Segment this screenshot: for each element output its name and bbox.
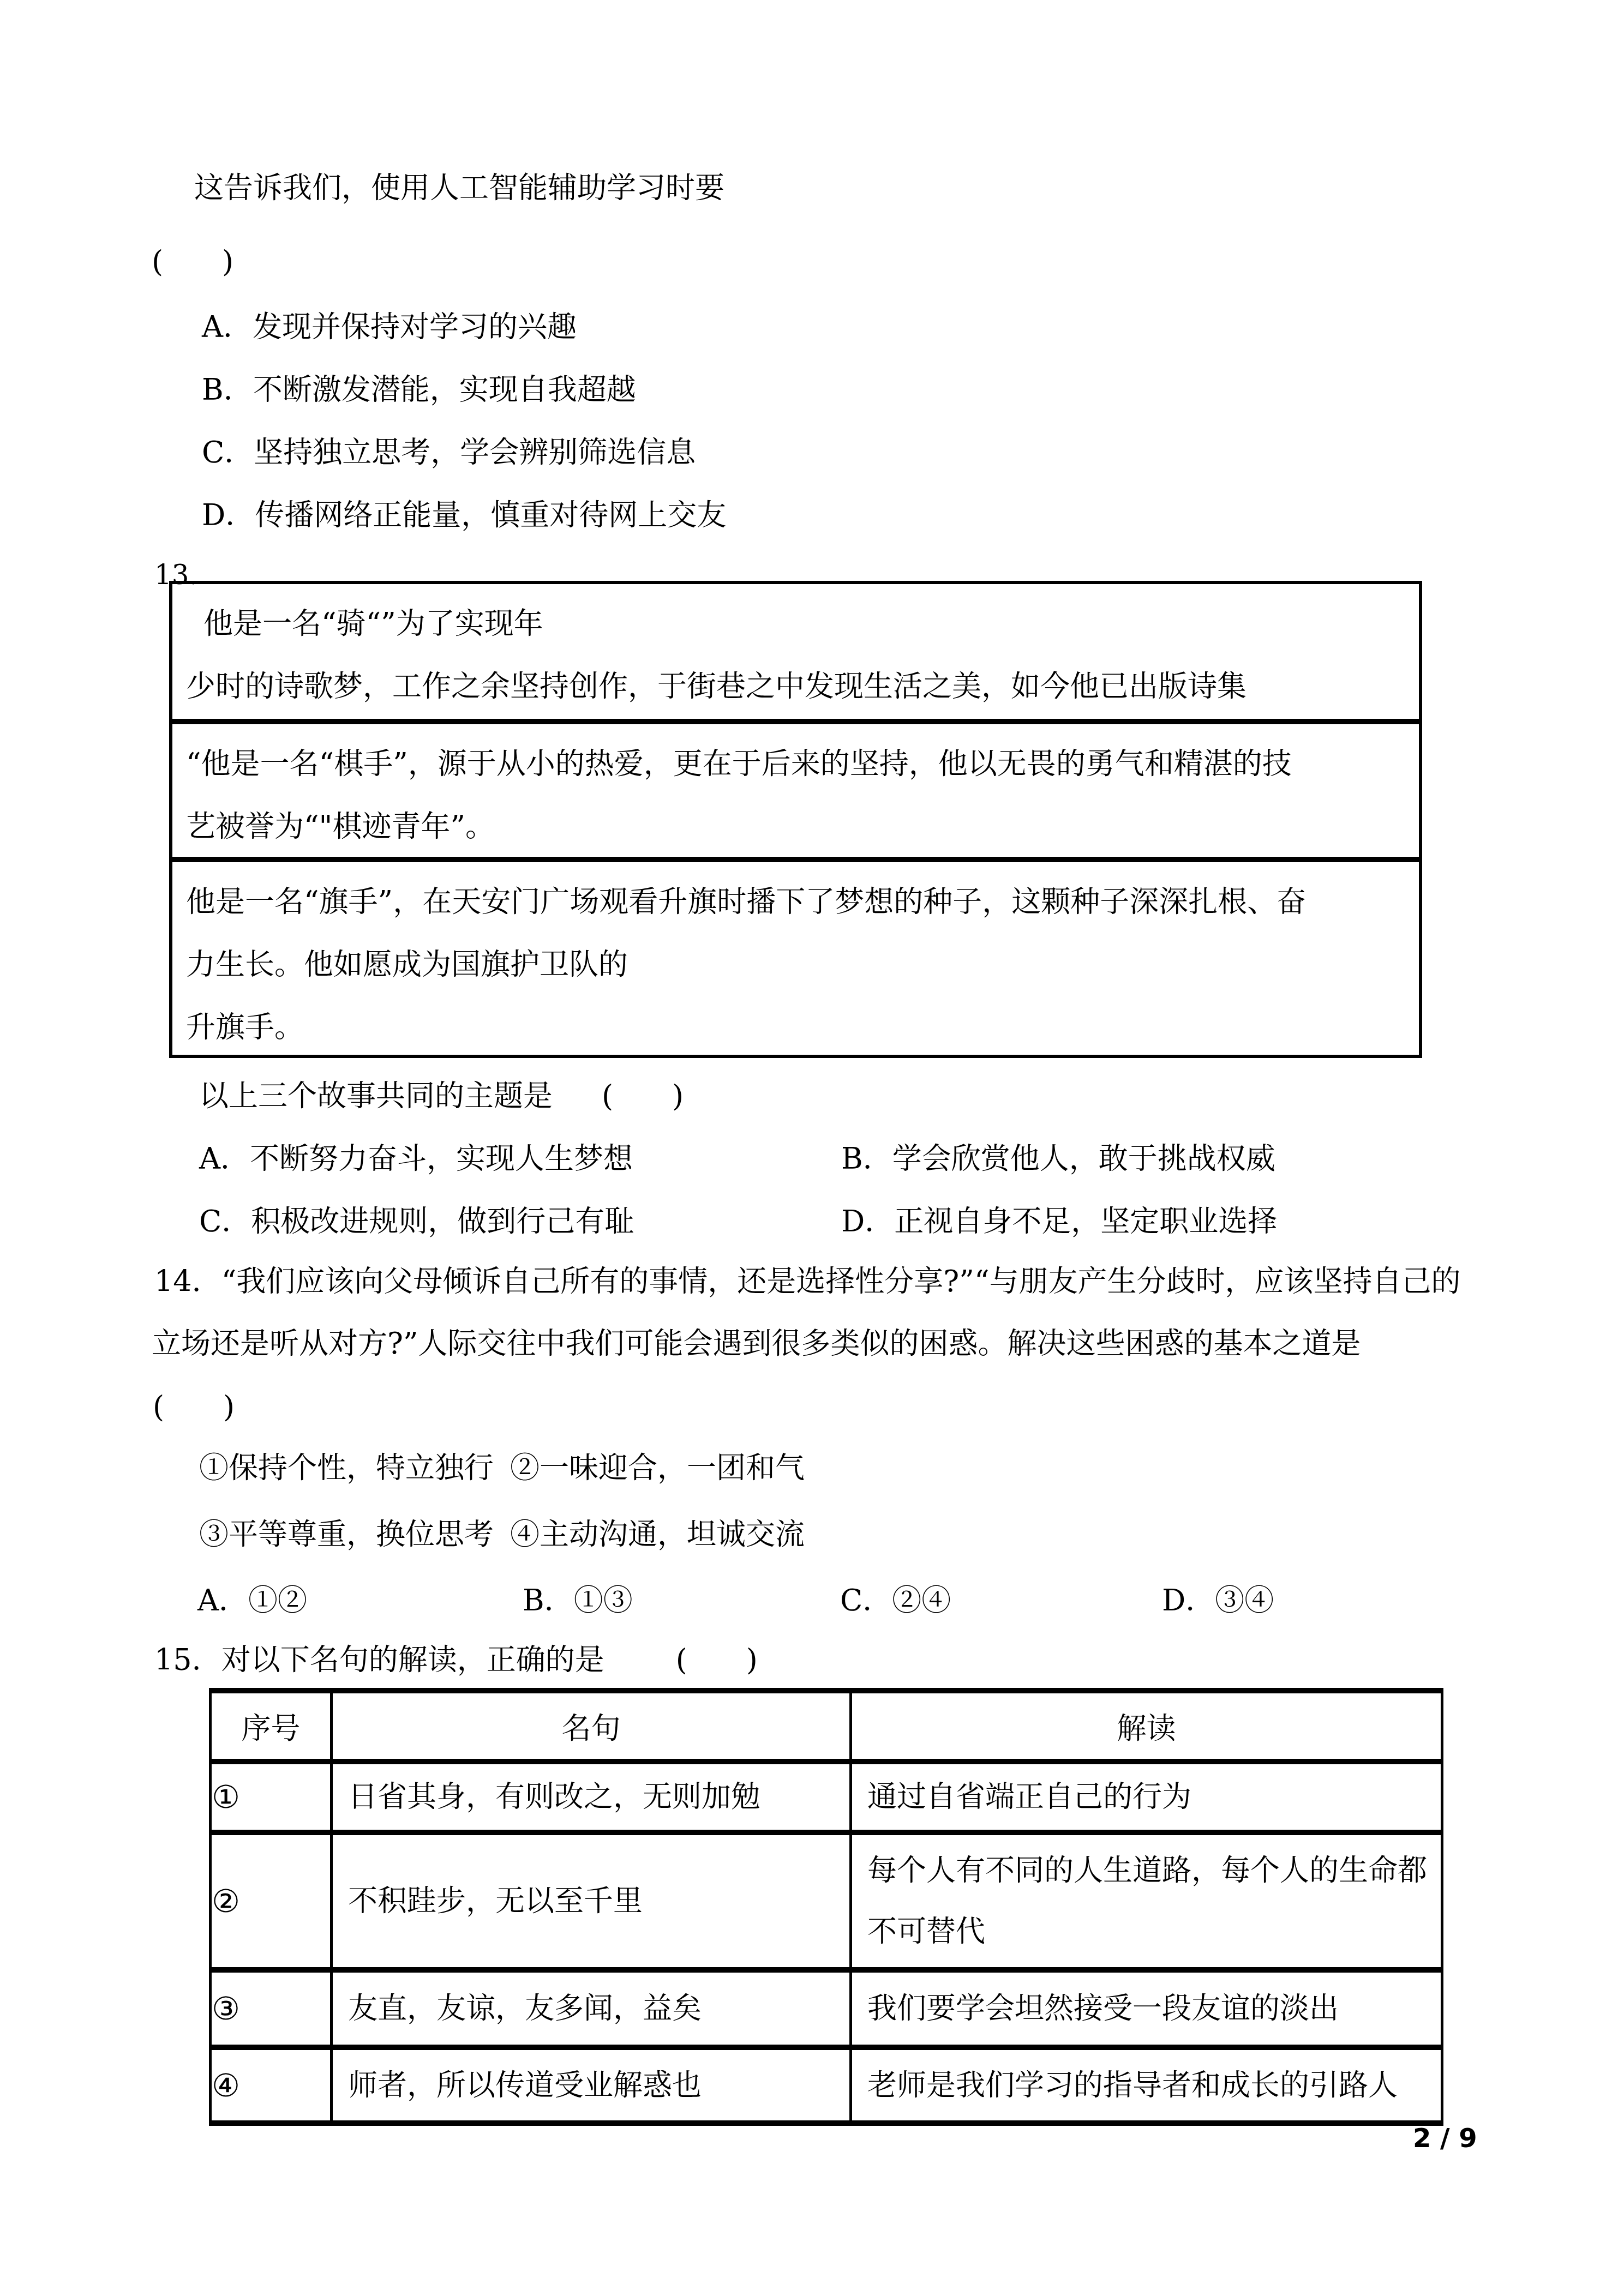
q14-stem-line2: 立场还是听从对方?”人际交往中我们可能会遇到很多类似的困惑。解决这些困惑的基本之…: [152, 1326, 1361, 1361]
q14-item-3: ③平等尊重，换位思考: [199, 1517, 494, 1552]
story-line: 升旗手。: [186, 996, 1405, 1059]
q15-quotes-table: 序号 名句 解读 ① 日省其身，有则改之，无则加勉 通过自省端正自己的行为 ② …: [209, 1688, 1443, 2126]
q13-option-a: A．不断努力奋斗，实现人生梦想: [199, 1141, 633, 1176]
story-row-poet: 他是一名“骑“”为了实现年 少时的诗歌梦，工作之余坚持创作，于街巷之中发现生活之…: [172, 584, 1419, 719]
q13-story-box: 他是一名“骑“”为了实现年 少时的诗歌梦，工作之余坚持创作，于街巷之中发现生活之…: [169, 581, 1422, 1058]
interpretation-cell: 老师是我们学习的指导者和成长的引路人: [851, 2047, 1442, 2123]
q14-stem-text1: “我们应该向父母倾诉自己所有的事情，还是选择性分享?”“与朋友产生分歧时，应该坚…: [221, 1264, 1461, 1299]
story-line: “他是一名“棋手”，源于从小的热爱，更在于后来的坚持，他以无畏的勇气和精湛的技: [186, 732, 1405, 795]
story-line: 少时的诗歌梦，工作之余坚持创作，于街巷之中发现生活之美，如今他已出版诗集: [186, 655, 1405, 718]
q13-answer-paren: ( ): [602, 1079, 684, 1113]
q13-stem-text: 以上三个故事共同的主题是: [199, 1079, 553, 1113]
table-row: ① 日省其身，有则改之，无则加勉 通过自省端正自己的行为: [211, 1762, 1442, 1832]
q14-item-1: ①保持个性，特立独行: [199, 1451, 494, 1485]
header-cell-interp: 解读: [851, 1691, 1442, 1762]
story-line: 他是一名“骑“”为了实现年: [186, 592, 1405, 655]
q13-option-c: C．积极改进规则，做到行己有耻: [199, 1204, 634, 1239]
story-row-flag: 他是一名“旗手”，在天安门广场观看升旗时播下了梦想的种子，这颗种子深深扎根、奋 …: [172, 857, 1419, 1055]
table-row: ③ 友直，友谅，友多闻，益矣 我们要学会坦然接受一段友谊的淡出: [211, 1970, 1442, 2047]
header-cell-quote: 名句: [332, 1691, 851, 1762]
q12-option-b: B．不断激发潜能，实现自我超越: [202, 372, 636, 407]
interpretation-cell: 通过自省端正自己的行为: [851, 1762, 1442, 1832]
exam-page: 这告诉我们，使用人工智能辅助学习时要 ( ) A．发现并保持对学习的兴趣 B．不…: [0, 0, 1624, 2296]
q14-stem-line1: 14．“我们应该向父母倾诉自己所有的事情，还是选择性分享?”“与朋友产生分歧时，…: [154, 1264, 1461, 1299]
q15-number: 15．: [154, 1643, 221, 1677]
q12-option-c: C．坚持独立思考，学会辨别筛选信息: [202, 435, 696, 470]
q14-item-2: ②一味迎合，一团和气: [510, 1451, 805, 1485]
interpretation-cell: 每个人有不同的人生道路，每个人的生命都不可替代: [851, 1832, 1442, 1970]
quote-cell: 不积跬步，无以至千里: [332, 1832, 851, 1970]
seq-cell: ②: [211, 1832, 332, 1970]
q14-option-d: D．③④: [1162, 1583, 1274, 1618]
header-cell-seq: 序号: [211, 1691, 332, 1762]
table-row: ④ 师者，所以传道受业解惑也 老师是我们学习的指导者和成长的引路人: [211, 2047, 1442, 2123]
q14-option-c: C．②④: [840, 1583, 951, 1618]
q14-number: 14．: [154, 1264, 221, 1299]
quote-cell: 日省其身，有则改之，无则加勉: [332, 1762, 851, 1832]
q14-option-b: B．①③: [523, 1583, 633, 1618]
story-line: 力生长。他如愿成为国旗护卫队的: [186, 933, 1405, 996]
q14-items-row2: ③平等尊重，换位思考④主动沟通，坦诚交流: [199, 1517, 805, 1552]
q14-item-4: ④主动沟通，坦诚交流: [510, 1517, 805, 1552]
seq-cell: ④: [211, 2047, 332, 2123]
table-row: ② 不积跬步，无以至千里 每个人有不同的人生道路，每个人的生命都不可替代: [211, 1832, 1442, 1970]
page-number: 2 / 9: [1413, 2124, 1477, 2153]
quote-cell: 友直，友谅，友多闻，益矣: [332, 1970, 851, 2047]
q12-stem: 这告诉我们，使用人工智能辅助学习时要: [194, 171, 724, 206]
q15-answer-paren: ( ): [676, 1643, 758, 1677]
q12-answer-paren: ( ): [152, 244, 233, 279]
q13-stem: 以上三个故事共同的主题是( ): [199, 1079, 684, 1114]
seq-cell: ③: [211, 1970, 332, 2047]
q15-stem: 15．对以下名句的解读，正确的是( ): [154, 1643, 758, 1678]
table-header-row: 序号 名句 解读: [211, 1691, 1442, 1762]
q14-items-row1: ①保持个性，特立独行②一味迎合，一团和气: [199, 1451, 805, 1486]
story-line: 他是一名“旗手”，在天安门广场观看升旗时播下了梦想的种子，这颗种子深深扎根、奋: [186, 870, 1405, 933]
seq-cell: ①: [211, 1762, 332, 1832]
quote-cell: 师者，所以传道受业解惑也: [332, 2047, 851, 2123]
q12-option-a: A．发现并保持对学习的兴趣: [202, 310, 577, 345]
q14-option-a: A．①②: [197, 1583, 307, 1618]
q13-option-d: D．正视自身不足，坚定职业选择: [841, 1204, 1277, 1239]
story-line: 艺被誉为“"棋迹青年”。: [186, 795, 1405, 858]
story-row-chess: “他是一名“棋手”，源于从小的热爱，更在于后来的坚持，他以无畏的勇气和精湛的技 …: [172, 719, 1419, 857]
interpretation-cell: 我们要学会坦然接受一段友谊的淡出: [851, 1970, 1442, 2047]
q14-answer-paren: ( ): [153, 1390, 235, 1425]
q12-option-d: D．传播网络正能量，慎重对待网上交友: [202, 498, 726, 533]
q13-option-b: B．学会欣赏他人，敢于挑战权威: [841, 1141, 1275, 1176]
q15-stem-text: 对以下名句的解读，正确的是: [221, 1643, 604, 1677]
